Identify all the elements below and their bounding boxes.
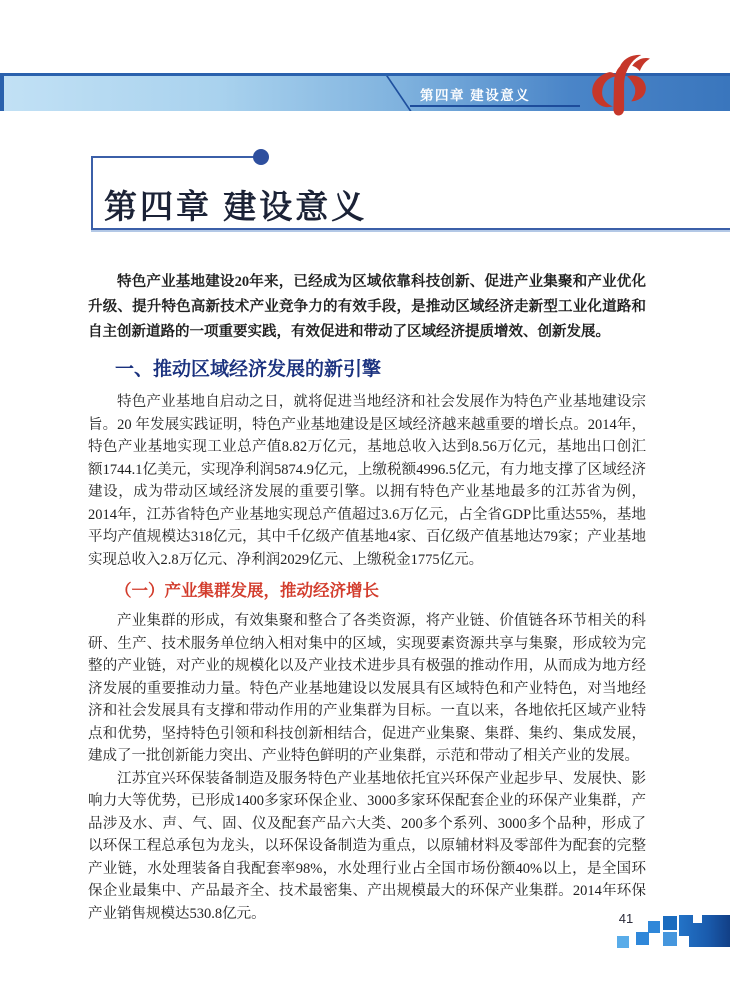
header-underline xyxy=(410,105,580,107)
subsection-heading: （一）产业集群发展，推动经济增长 xyxy=(88,580,646,602)
mosaic-square xyxy=(663,916,677,930)
mosaic-square xyxy=(636,932,649,945)
title-box-top-rule xyxy=(91,156,255,158)
document-page: 第四章 建设意义 第四章 建设意义 特色产业基地建设20年来，已经成为区域依靠科… xyxy=(0,0,730,984)
mosaic-square xyxy=(663,932,677,946)
body-content: 特色产业基地建设20年来，已经成为区域依靠科技创新、促进产业集聚和产业优化升级、… xyxy=(88,270,646,925)
title-box-dot xyxy=(253,149,269,165)
page-number: 41 xyxy=(614,911,638,926)
subsection-paragraph-1: 产业集群的形成，有效集聚和整合了各类资源，将产业链、价值链各环节相关的科研、生产… xyxy=(88,610,646,768)
subsection-paragraph-2: 江苏宜兴环保装备制造及服务特色产业基地依托宜兴环保产业起步早、发展快、影响力大等… xyxy=(88,768,646,926)
mosaic-notch xyxy=(693,915,702,923)
title-box-bottom-rule xyxy=(91,228,730,230)
mosaic-notch xyxy=(679,936,689,947)
header-chapter-label: 第四章 建设意义 xyxy=(420,84,590,104)
intro-paragraph: 特色产业基地建设20年来，已经成为区域依靠科技创新、促进产业集聚和产业优化升级、… xyxy=(88,270,646,345)
title-box-left-rule xyxy=(91,156,93,230)
mosaic-square xyxy=(648,921,660,933)
torch-flame-logo-icon xyxy=(582,52,654,119)
mosaic-square xyxy=(617,936,629,948)
header-left-edge xyxy=(0,76,4,111)
section-heading: 一、推动区域经济发展的新引擎 xyxy=(88,358,646,382)
chapter-title: 第四章 建设意义 xyxy=(104,181,367,228)
section-paragraph: 特色产业基地自启动之日，就将促进当地经济和社会发展作为特色产业基地建设宗旨。20… xyxy=(88,391,646,571)
